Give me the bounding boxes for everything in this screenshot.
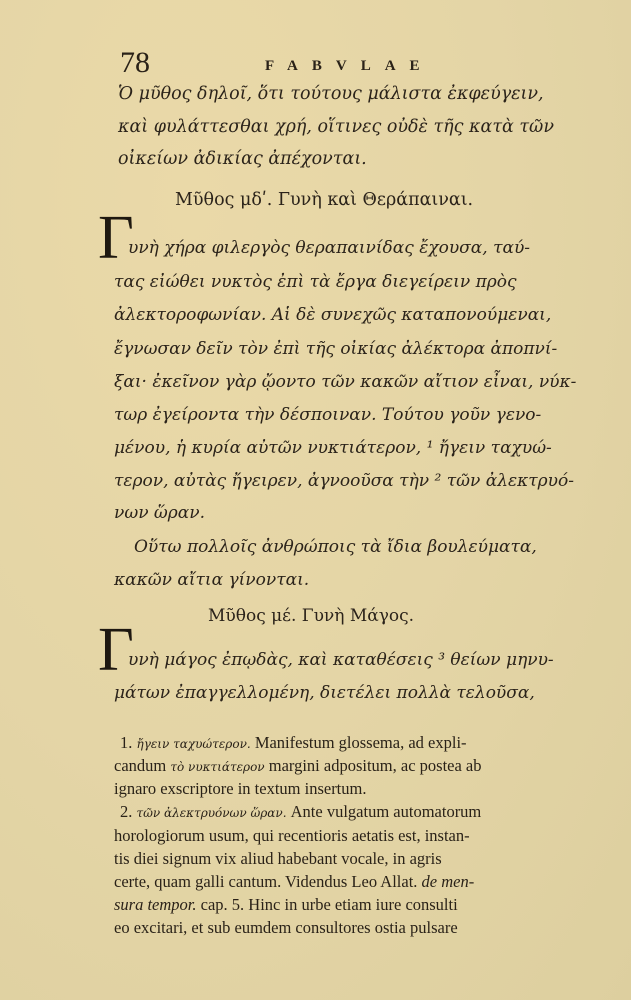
footnote-greek: τὸ νυκτιάτερον [170, 760, 264, 774]
fable-line: ἔγνωσαν δεῖν τὸν ἐπὶ τῆς οἰκίας ἀλέκτορα… [114, 339, 557, 359]
footnote-text: candum [114, 756, 170, 775]
page-header: 78 FABVLAE [120, 48, 600, 82]
footnote-line: ignaro exscriptore in textum insertum. [114, 779, 366, 799]
footnote-italic: sura tempor. [114, 895, 197, 914]
moral-line: οἰκείων ἀδικίας ἀπέχονται. [118, 149, 367, 169]
footnote-line: eo excitari, et sub eumdem consultores o… [114, 918, 458, 938]
moral-line: καὶ φυλάττεσθαι χρή, οἵτινες οὐδὲ τῆς κα… [118, 117, 554, 137]
footnote-line: 1. ἤγειν ταχυώτερον. Manifestum glossema… [120, 733, 467, 754]
fable-line: μένου, ἡ κυρία αὐτῶν νυκτιάτερον, ¹ ἤγει… [114, 438, 552, 458]
footnote-line: horologiorum usum, qui recentioris aetat… [114, 826, 470, 846]
footnote-number: 1. [120, 733, 132, 752]
moral-line: Οὕτω πολλοῖς ἀνθρώποις τὰ ἴδια βουλεύματ… [134, 537, 537, 557]
footnote-line: tis diei signum vix aliud habebant vocal… [114, 849, 442, 869]
fable-line: τας εἰώθει νυκτὸς ἐπὶ τὰ ἔργα διεγείρειν… [114, 272, 517, 292]
running-head: FABVLAE [265, 58, 434, 75]
footnote-text: margini adpositum, ac postea ab [265, 756, 482, 775]
footnote-text: Manifestum glossema, ad expli- [251, 733, 467, 752]
fable-title: Μῦθος μέ. Γυνὴ Μάγος. [208, 606, 414, 626]
footnote-line: candum τὸ νυκτιάτερον margini adpositum,… [114, 756, 482, 777]
footnote-text: ignaro exscriptore in textum insertum. [114, 779, 366, 798]
footnote-text: cap. 5. Hinc in urbe etiam iure consulti [197, 895, 458, 914]
page-number: 78 [120, 48, 150, 78]
fable-line: υνὴ χήρα φιλεργὸς θεραπαινίδας ἔχουσα, τ… [128, 238, 530, 258]
fable-line: υνὴ μάγος ἐπῳδὰς, καὶ καταθέσεις ³ θείων… [128, 650, 554, 670]
book-page: 78 FABVLAE Ὁ μῦθος δηλοῖ, ὅτι τούτους μά… [0, 0, 631, 1000]
fable-line: τερον, αὐτὰς ἤγειρεν, ἀγνοοῦσα τὴν ² τῶν… [114, 471, 574, 491]
moral-line: Ὁ μῦθος δηλοῖ, ὅτι τούτους μάλιστα ἐκφεύ… [118, 84, 544, 104]
footnote-lemma: ἤγειν ταχυώτερον. [137, 737, 251, 751]
fable-line: ξαι· ἐκεῖνον γὰρ ᾤοντο τῶν κακῶν αἴτιον … [114, 372, 576, 392]
fable-line: νων ὥραν. [114, 503, 205, 523]
footnote-text: Ante vulgatum automatorum [287, 802, 482, 821]
footnote-text: certe, quam galli cantum. Videndus Leo A… [114, 872, 422, 891]
footnote-text: eo excitari, et sub eumdem consultores o… [114, 918, 458, 937]
fable-line: μάτων ἐπαγγελλομένη, διετέλει πολλὰ τελο… [114, 683, 535, 703]
footnote-text: tis diei signum vix aliud habebant vocal… [114, 849, 442, 868]
footnote-line: certe, quam galli cantum. Videndus Leo A… [114, 872, 474, 892]
fable-line: ἀλεκτοροφωνίαν. Αἱ δὲ συνεχῶς καταπονούμ… [114, 305, 551, 325]
footnote-line: sura tempor. cap. 5. Hinc in urbe etiam … [114, 895, 458, 915]
fable-line: τωρ ἐγείροντα τὴν δέσποιναν. Τούτου γοῦν… [114, 405, 541, 425]
fable-title: Μῦθος μδʹ. Γυνὴ καὶ Θεράπαιναι. [175, 190, 473, 210]
footnote-number: 2. [120, 802, 132, 821]
moral-line: κακῶν αἴτια γίνονται. [114, 570, 309, 590]
footnote-line: 2. τῶν ἀλεκτρυόνων ὥραν. Ante vulgatum a… [120, 802, 481, 823]
footnote-text: horologiorum usum, qui recentioris aetat… [114, 826, 470, 845]
footnote-lemma: τῶν ἀλεκτρυόνων ὥραν. [137, 806, 287, 820]
footnote-italic: de men- [422, 872, 475, 891]
